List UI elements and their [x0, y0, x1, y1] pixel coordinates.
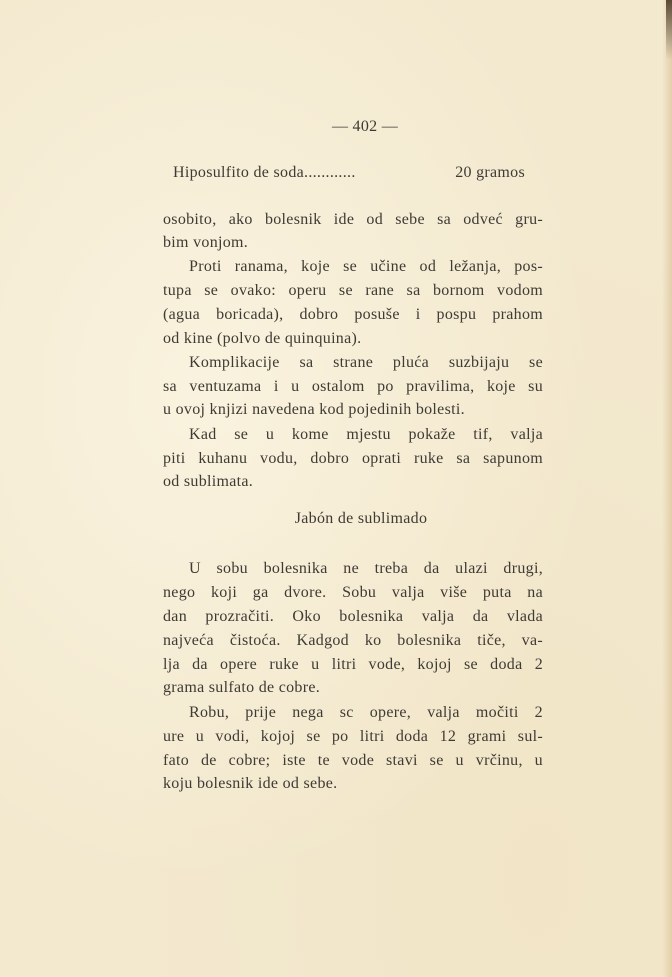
page-corner-shadow: [666, 0, 672, 60]
formula-line: Hiposulfito de soda............ 20 gramo…: [173, 163, 525, 183]
paragraph-line: grama sulfato de cobre.: [163, 678, 320, 698]
page-number: — 402 —: [175, 117, 555, 137]
paragraph-line: osobito, ako bolesnik ide od sebe sa odv…: [163, 210, 543, 230]
page-edge-shadow: [662, 0, 672, 977]
paragraph-line: od sublimata.: [163, 472, 253, 492]
paragraph-line: fato de cobre; iste te vode stavi se u v…: [163, 751, 543, 771]
paragraph-line: Proti ranama, koje se učine od ležanja, …: [189, 257, 543, 277]
paragraph-line: Robu, prije nega sc opere, valja močiti …: [189, 703, 543, 723]
paragraph-line: piti kuhanu vodu, dobro oprati ruke sa s…: [163, 449, 543, 469]
paragraph-line: Kad se u kome mjestu pokaže tif, valja: [189, 425, 543, 445]
paragraph-line: koju bolesnik ide od sebe.: [163, 774, 337, 794]
paragraph-line: tupa se ovako: operu se rane sa bornom v…: [163, 281, 543, 301]
paragraph-line: U sobu bolesnika ne treba da ulazi drugi…: [189, 559, 543, 579]
paragraph-line: u ovoj knjizi navedena kod pojedinih bol…: [163, 400, 465, 420]
formula-amount: 20 gramos: [455, 163, 525, 183]
paragraph-line: najveća čistoća. Kadgod ko bolesnika tič…: [163, 631, 543, 651]
dot-leader: ............: [304, 164, 356, 181]
section-heading: Jabón de sublimado: [171, 509, 551, 529]
paragraph-line: (agua boricada), dobro posuše i pospu pr…: [163, 305, 543, 325]
paragraph-line: bim vonjom.: [163, 233, 248, 253]
paragraph-line: nego koji ga dvore. Sobu valja više puta…: [163, 583, 543, 603]
paragraph-line: Komplikacije sa strane pluća suzbijaju s…: [189, 353, 543, 373]
paragraph-line: od kine (polvo de quinquina).: [163, 329, 361, 349]
paragraph-line: ure u vodi, kojoj se po litri doda 12 gr…: [163, 727, 543, 747]
scanned-page: — 402 — Hiposulfito de soda............ …: [0, 0, 672, 977]
formula-ingredient: Hiposulfito de soda............: [173, 163, 356, 183]
ingredient-name: Hiposulfito de soda: [173, 164, 304, 181]
paragraph-line: dan prozračiti. Oko bolesnika valja da v…: [163, 607, 543, 627]
paragraph-line: sa ventuzama i u ostalom po pravilima, k…: [163, 377, 543, 397]
paragraph-line: lja da opere ruke u litri vode, kojoj se…: [163, 655, 543, 675]
